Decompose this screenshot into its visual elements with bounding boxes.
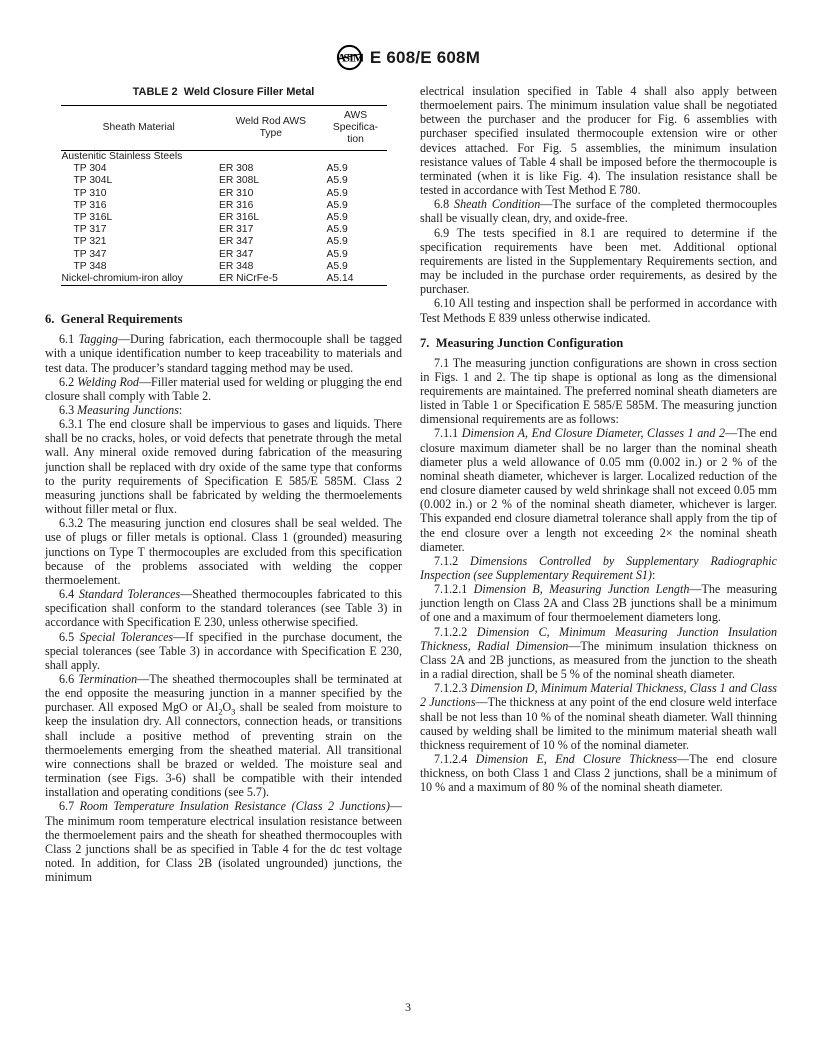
table-row: TP 304LER 308LA5.9: [61, 175, 387, 187]
italic-run: Measuring Junctions: [77, 403, 179, 417]
right-text-flow: electrical insulation specified in Table…: [420, 84, 777, 795]
col-header-sheath-material: Sheath Material: [61, 106, 217, 151]
table-cell: A5.9: [325, 261, 387, 273]
text-run: shall be sealed from moisture to keep th…: [45, 700, 402, 799]
text-run: 6.2: [59, 375, 77, 389]
text-run: :: [652, 568, 655, 582]
table-cell: TP 347: [61, 249, 217, 261]
italic-run: Dimension E, End Closure Thickness: [476, 752, 677, 766]
italic-run: Welding Rod: [77, 375, 139, 389]
left-column: TABLE 2 Weld Closure Filler Metal Sheath…: [45, 84, 402, 884]
page-footer: 3: [0, 1000, 816, 1015]
paragraph: 6.2 Welding Rod—Filler material used for…: [45, 375, 402, 403]
table-cell: [217, 151, 325, 164]
table-cell: Austenitic Stainless Steels: [61, 151, 217, 164]
table-cell: TP 316: [61, 200, 217, 212]
text-run: —The end closure maximum diameter shall …: [420, 426, 777, 553]
table-row: Nickel-chromium-iron alloyER NiCrFe-5A5.…: [61, 273, 387, 286]
text-run: 6.5: [59, 630, 80, 644]
astm-logo-icon: ASTM: [336, 44, 363, 71]
table-row: Austenitic Stainless Steels: [61, 151, 387, 164]
paragraph: 6.1 Tagging—During fabrication, each the…: [45, 332, 402, 374]
table-row: TP 310ER 310A5.9: [61, 188, 387, 200]
table-cell: TP 317: [61, 224, 217, 236]
table-header-row: Sheath Material Weld Rod AWS Type AWS Sp…: [61, 106, 387, 151]
table-row: TP 317ER 317A5.9: [61, 224, 387, 236]
paragraph: 7.1.2.4 Dimension E, End Closure Thickne…: [420, 752, 777, 794]
table-cell: A5.9: [325, 249, 387, 261]
text-run: 7.1.2.2: [434, 625, 477, 639]
table-cell: ER 348: [217, 261, 325, 273]
paragraph: 6.3.1 The end closure shall be imperviou…: [45, 417, 402, 516]
paragraph: 6.3 Measuring Junctions:: [45, 403, 402, 417]
col-header-weld-rod-aws-type: Weld Rod AWS Type: [217, 106, 325, 151]
table-cell: ER 347: [217, 249, 325, 261]
text-run: 7.1 The measuring junction configuration…: [420, 356, 777, 427]
table-cell: TP 348: [61, 261, 217, 273]
table-cell: ER 317: [217, 224, 325, 236]
page-content: TABLE 2 Weld Closure Filler Metal Sheath…: [45, 84, 777, 884]
text-run: 6.4: [59, 587, 79, 601]
table-cell: ER 308L: [217, 175, 325, 187]
table-cell: A5.14: [325, 273, 387, 286]
table-row: TP 316LER 316LA5.9: [61, 212, 387, 224]
section-heading: 6. General Requirements: [45, 312, 402, 327]
table-row: TP 304ER 308A5.9: [61, 163, 387, 175]
table-cell: TP 304L: [61, 175, 217, 187]
table-cell: ER 310: [217, 188, 325, 200]
paragraph: 6.7 Room Temperature Insulation Resistan…: [45, 799, 402, 884]
text-run: 6.6: [59, 672, 78, 686]
text-run: 6.7: [59, 799, 80, 813]
text-run: 6.8: [434, 197, 454, 211]
text-run: 6.3: [59, 403, 77, 417]
table-row: TP 321ER 347A5.9: [61, 236, 387, 248]
text-run: 7.1.2.4: [434, 752, 476, 766]
table-cell: [325, 151, 387, 164]
italic-run: Dimensions Controlled by Supplementary R…: [420, 554, 777, 582]
text-run: :: [179, 403, 182, 417]
text-run: 6.1: [59, 332, 79, 346]
italic-run: Sheath Condition: [454, 197, 540, 211]
col-header-aws-specification: AWS Specifica- tion: [325, 106, 387, 151]
text-run: 6.9 The tests specified in 8.1 are requi…: [420, 226, 777, 297]
paragraph: 7.1.1 Dimension A, End Closure Diameter,…: [420, 426, 777, 553]
paragraph: 7.1.2.2 Dimension C, Minimum Measuring J…: [420, 625, 777, 682]
table-cell: A5.9: [325, 163, 387, 175]
page-header: ASTM E 608/E 608M: [0, 44, 816, 71]
text-run: O: [222, 700, 231, 714]
table-cell: ER 316: [217, 200, 325, 212]
table-cell: A5.9: [325, 236, 387, 248]
table-row: TP 348ER 348A5.9: [61, 261, 387, 273]
paragraph: 6.4 Standard Tolerances—Sheathed thermoc…: [45, 587, 402, 629]
table-cell: A5.9: [325, 224, 387, 236]
table-row: TP 347ER 347A5.9: [61, 249, 387, 261]
paragraph: electrical insulation specified in Table…: [420, 84, 777, 197]
paragraph: 6.9 The tests specified in 8.1 are requi…: [420, 226, 777, 297]
table-cell: A5.9: [325, 175, 387, 187]
text-run: 6.3.1 The end closure shall be imperviou…: [45, 417, 402, 516]
text-run: 7.1.2: [434, 554, 470, 568]
section-heading: 7. Measuring Junction Configuration: [420, 336, 777, 351]
paragraph: 6.10 All testing and inspection shall be…: [420, 296, 777, 324]
italic-run: Room Temperature Insulation Resistance (…: [80, 799, 390, 813]
table-title: TABLE 2 Weld Closure Filler Metal: [61, 86, 387, 98]
right-column: electrical insulation specified in Table…: [420, 84, 777, 884]
paragraph: 7.1.2 Dimensions Controlled by Supplemen…: [420, 554, 777, 582]
table-cell: ER 316L: [217, 212, 325, 224]
text-run: 6.3.2 The measuring junction end closure…: [45, 516, 402, 587]
table-cell: TP 310: [61, 188, 217, 200]
text-run: 7.1.1: [434, 426, 462, 440]
table-cell: A5.9: [325, 188, 387, 200]
table-row: TP 316ER 316A5.9: [61, 200, 387, 212]
table-2-weld-closure-filler-metal: TABLE 2 Weld Closure Filler Metal Sheath…: [61, 86, 387, 286]
svg-text:ASTM: ASTM: [337, 50, 363, 64]
italic-run: Standard Tolerances: [79, 587, 180, 601]
paragraph: 6.3.2 The measuring junction end closure…: [45, 516, 402, 587]
italic-run: Dimension B, Measuring Junction Length: [474, 582, 690, 596]
italic-run: Termination: [78, 672, 137, 686]
filler-metal-table: Sheath Material Weld Rod AWS Type AWS Sp…: [61, 105, 387, 286]
paragraph: 6.5 Special Tolerances—If specified in t…: [45, 630, 402, 672]
table-cell: ER NiCrFe-5: [217, 273, 325, 286]
document-code: E 608/E 608M: [370, 48, 480, 68]
text-run: 7.1.2.1: [434, 582, 474, 596]
paragraph: 7.1.2.3 Dimension D, Minimum Material Th…: [420, 681, 777, 752]
text-run: 7.1.2.3: [434, 681, 470, 695]
table-cell: TP 321: [61, 236, 217, 248]
document-page: ASTM E 608/E 608M TABLE 2 Weld Closure F…: [0, 0, 816, 1056]
text-run: 6.10 All testing and inspection shall be…: [420, 296, 777, 324]
table-cell: Nickel-chromium-iron alloy: [61, 273, 217, 286]
table-cell: ER 347: [217, 236, 325, 248]
table-cell: TP 304: [61, 163, 217, 175]
italic-run: Special Tolerances: [80, 630, 174, 644]
paragraph: 6.8 Sheath Condition—The surface of the …: [420, 197, 777, 225]
table-cell: TP 316L: [61, 212, 217, 224]
italic-run: Dimension A, End Closure Diameter, Class…: [462, 426, 725, 440]
page-number: 3: [405, 1000, 411, 1014]
paragraph: 6.6 Termination—The sheathed thermocoupl…: [45, 672, 402, 799]
table-cell: ER 308: [217, 163, 325, 175]
paragraph: 7.1.2.1 Dimension B, Measuring Junction …: [420, 582, 777, 624]
table-cell: A5.9: [325, 212, 387, 224]
text-run: electrical insulation specified in Table…: [420, 84, 777, 197]
paragraph: 7.1 The measuring junction configuration…: [420, 356, 777, 427]
table-cell: A5.9: [325, 200, 387, 212]
left-text-flow: 6. General Requirements6.1 Tagging—Durin…: [45, 312, 402, 884]
italic-run: Tagging: [79, 332, 118, 346]
